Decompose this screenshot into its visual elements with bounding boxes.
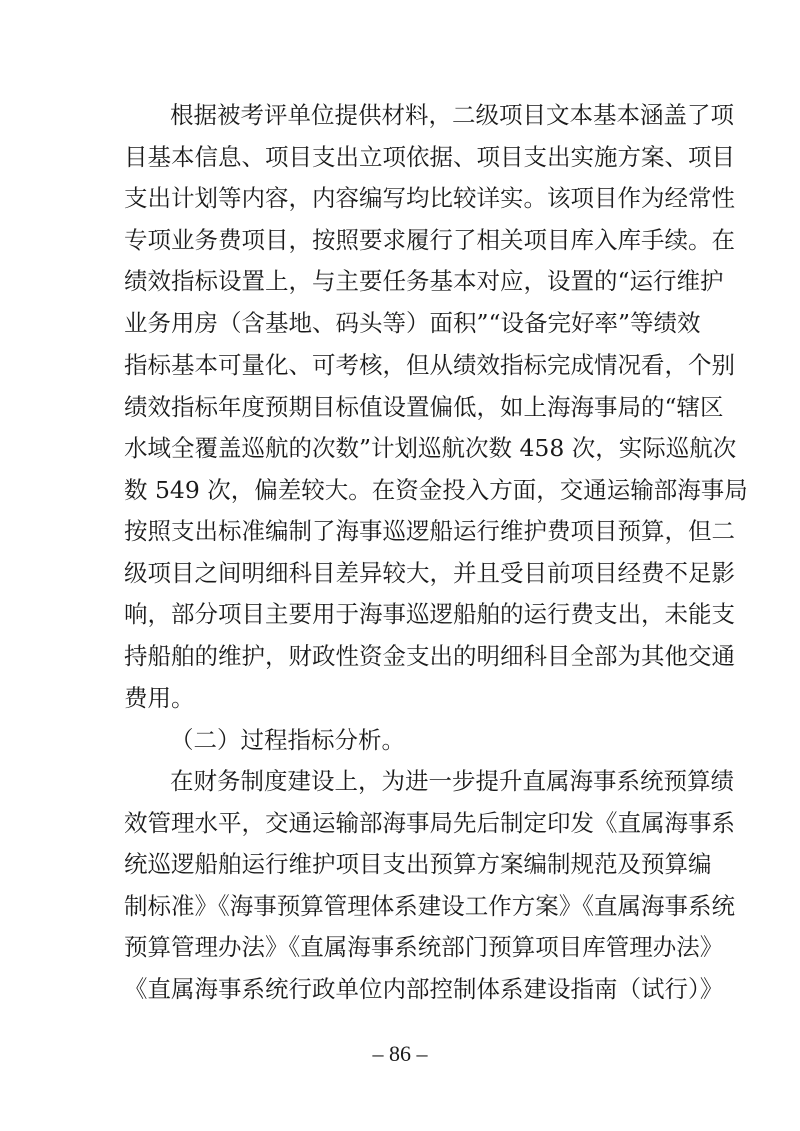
paragraph-line: 《直属海事系统行政单位内部控制体系建设指南（试行）》	[124, 972, 670, 1006]
paragraph-line: 按照支出标准编制了海事巡逻船运行维护费项目预算，但二	[124, 514, 670, 548]
paragraph-line: 响，部分项目主要用于海事巡逻船舶的运行费支出，未能支	[124, 597, 670, 631]
paragraph-line: 费用。	[124, 681, 670, 715]
page-number: – 86 –	[0, 1040, 800, 1068]
paragraph-line: 级项目之间明细科目差异较大，并且受目前项目经费不足影	[124, 556, 670, 590]
paragraph-line: 统巡逻船舶运行维护项目支出预算方案编制规范及预算编	[124, 847, 670, 881]
paragraph-line: 效管理水平，交通运输部海事局先后制定印发《直属海事系	[124, 806, 670, 840]
paragraph-line: 数 549 次，偏差较大。在资金投入方面，交通运输部海事局	[124, 473, 670, 507]
paragraph-line: 绩效指标年度预期目标值设置偏低，如上海海事局的“辖区	[124, 390, 670, 424]
paragraph-line: 支出计划等内容，内容编写均比较详实。该项目作为经常性	[124, 181, 670, 215]
paragraph-line: 在财务制度建设上，为进一步提升直属海事系统预算绩	[170, 764, 670, 798]
paragraph-line: 根据被考评单位提供材料，二级项目文本基本涵盖了项	[170, 98, 670, 132]
section-heading: （二）过程指标分析。	[170, 723, 670, 757]
paragraph-line: 专项业务费项目，按照要求履行了相关项目库入库手续。在	[124, 223, 670, 257]
paragraph-line: 绩效指标设置上，与主要任务基本对应，设置的“运行维护	[124, 264, 670, 298]
paragraph-line: 持船舶的维护，财政性资金支出的明细科目全部为其他交通	[124, 639, 670, 673]
paragraph-line: 预算管理办法》《直属海事系统部门预算项目库管理办法》	[124, 930, 670, 964]
paragraph-line: 目基本信息、项目支出立项依据、项目支出实施方案、项目	[124, 140, 670, 174]
paragraph-line: 业务用房（含基地、码头等）面积”“设备完好率”等绩效	[124, 306, 670, 340]
document-page: 根据被考评单位提供材料，二级项目文本基本涵盖了项 目基本信息、项目支出立项依据、…	[0, 0, 800, 1131]
paragraph-line: 指标基本可量化、可考核，但从绩效指标完成情况看，个别	[124, 348, 670, 382]
paragraph-line: 水域全覆盖巡航的次数”计划巡航次数 458 次，实际巡航次	[124, 431, 670, 465]
paragraph-line: 制标准》《海事预算管理体系建设工作方案》《直属海事系统	[124, 889, 670, 923]
